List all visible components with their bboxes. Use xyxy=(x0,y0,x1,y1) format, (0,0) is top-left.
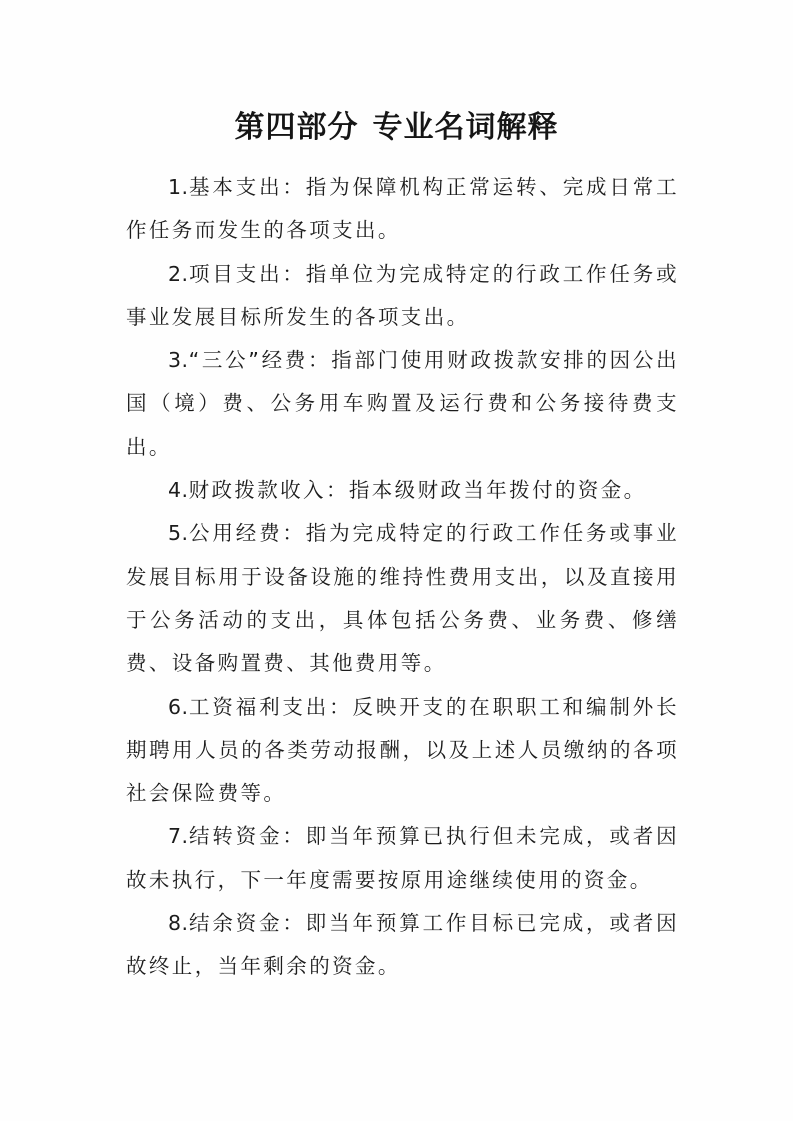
entry-term: 工资福利支出： xyxy=(189,695,353,719)
entry-number: 5. xyxy=(168,521,189,545)
entry-term: “三公”经费： xyxy=(189,348,332,372)
title-main: 专业名词解释 xyxy=(373,110,559,145)
glossary-entry-4: 4.财政拨款收入：指本级财政当年拨付的资金。 xyxy=(126,469,679,512)
entry-term: 项目支出： xyxy=(189,262,306,286)
title-part: 第四部分 xyxy=(235,110,359,145)
page-title: 第四部分专业名词解释 xyxy=(0,108,793,148)
glossary-entry-1: 1.基本支出：指为保障机构正常运转、完成日常工作任务而发生的各项支出。 xyxy=(126,166,679,253)
entry-number: 8. xyxy=(168,911,189,935)
entry-number: 3. xyxy=(168,348,189,372)
entry-term: 基本支出： xyxy=(189,175,306,199)
document-page: 第四部分专业名词解释 1.基本支出：指为保障机构正常运转、完成日常工作任务而发生… xyxy=(0,0,793,1121)
entry-number: 6. xyxy=(168,695,189,719)
glossary-body: 1.基本支出：指为保障机构正常运转、完成日常工作任务而发生的各项支出。 2.项目… xyxy=(126,166,679,989)
glossary-entry-8: 8.结余资金：即当年预算工作目标已完成，或者因故终止，当年剩余的资金。 xyxy=(126,902,679,989)
glossary-entry-7: 7.结转资金：即当年预算已执行但未完成，或者因故未执行，下一年度需要按原用途继续… xyxy=(126,815,679,902)
entry-term: 结余资金： xyxy=(189,911,306,935)
entry-term: 结转资金： xyxy=(189,824,306,848)
entry-term: 公用经费： xyxy=(189,521,306,545)
entry-number: 2. xyxy=(168,262,189,286)
entry-number: 7. xyxy=(168,824,189,848)
entry-number: 1. xyxy=(168,175,189,199)
glossary-entry-6: 6.工资福利支出：反映开支的在职职工和编制外长期聘用人员的各类劳动报酬，以及上述… xyxy=(126,686,679,816)
glossary-entry-5: 5.公用经费：指为完成特定的行政工作任务或事业发展目标用于设备设施的维持性费用支… xyxy=(126,512,679,685)
entry-number: 4. xyxy=(168,478,189,502)
glossary-entry-3: 3.“三公”经费：指部门使用财政拨款安排的因公出国（境）费、公务用车购置及运行费… xyxy=(126,339,679,469)
glossary-entry-2: 2.项目支出：指单位为完成特定的行政工作任务或事业发展目标所发生的各项支出。 xyxy=(126,253,679,340)
entry-definition: 指本级财政当年拨付的资金。 xyxy=(349,478,647,502)
entry-term: 财政拨款收入： xyxy=(189,478,349,502)
